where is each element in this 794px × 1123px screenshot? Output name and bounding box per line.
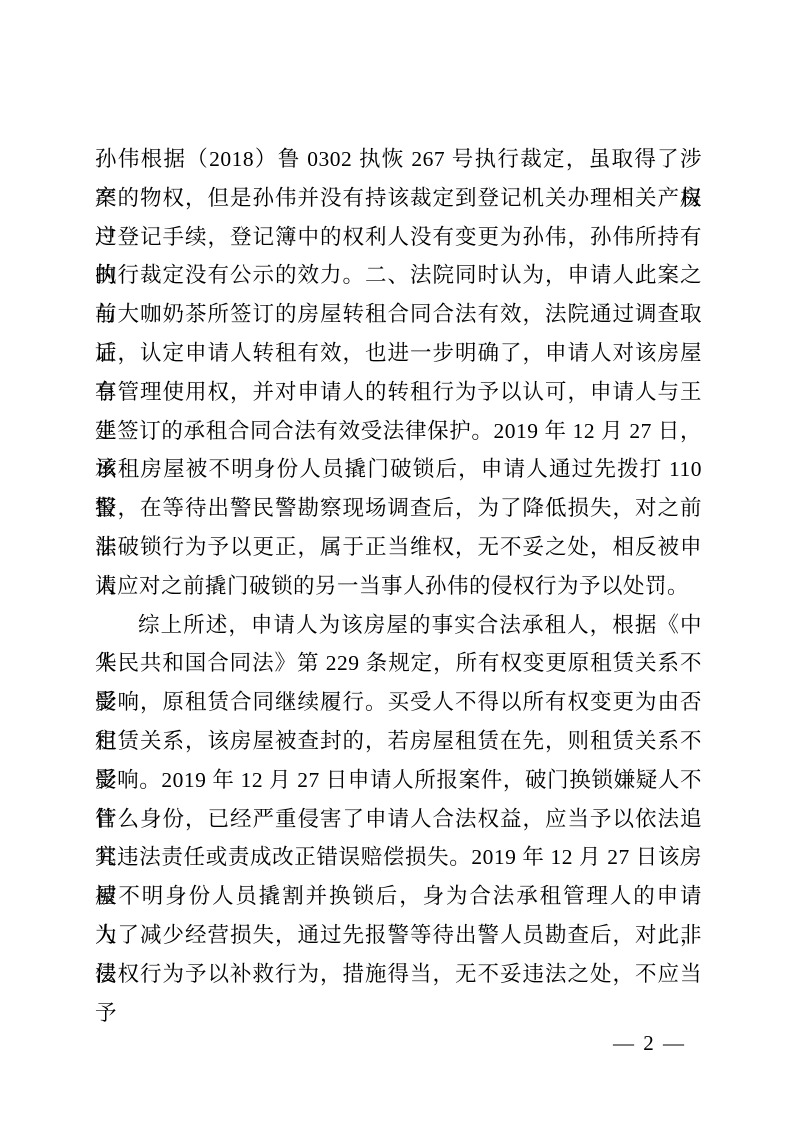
document-body: 孙伟根据（2018）鲁 0302 执恢 267 号执行裁定，虽取得了涉案房 产的… [95,140,702,994]
body-line: 影响。2019 年 12 月 27 日申请人所报案件，破门换锁嫌疑人不管 [95,761,702,800]
body-line: 为了减少经营损失，通过先报警等待出警人员勘查后，对此非法 [95,916,702,955]
document-page: 孙伟根据（2018）鲁 0302 执恢 267 号执行裁定，虽取得了涉案房 产的… [0,0,794,1123]
body-line: 被不明身份人员撬割并换锁后，身为合法承租管理人的申请人， [95,877,702,916]
body-line: 法破锁行为予以更正，属于正当维权，无不妥之处，相反被申请 [95,528,702,567]
body-line: 与大咖奶茶所签订的房屋转租合同合法有效，法院通过调查取证 [95,295,702,334]
body-line: 承租房屋被不明身份人员撬门破锁后，申请人通过先拨打 110 报 [95,450,702,489]
body-line: 警，在等待出警民警勘察现场调查后，为了降低损失，对之前非 [95,489,702,528]
body-line: 产的物权，但是孙伟并没有持该裁定到登记机关办理相关产权过 [95,179,702,218]
body-line: 租赁关系，该房屋被查封的，若房屋租赁在先，则租赁关系不受 [95,722,702,761]
paragraph-2: 综上所述，申请人为该房屋的事实合法承租人，根据《中华 人民共和国合同法》第 22… [95,606,702,994]
body-line: 人民共和国合同法》第 229 条规定，所有权变更原租赁关系不受 [95,644,702,683]
body-line: 后，认定申请人转租有效，也进一步明确了，申请人对该房屋享 [95,334,702,373]
page-number: — 2 — [95,1030,686,1056]
body-line: 执行裁定没有公示的效力。二、法院同时认为，申请人此案之前 [95,256,702,295]
body-line: 侵权行为予以补救行为，措施得当，无不妥违法之处，不应当予 [95,955,702,994]
body-line: 综上所述，申请人为该房屋的事实合法承租人，根据《中华 [95,606,702,645]
body-line: 人应对之前撬门破锁的另一当事人孙伟的侵权行为予以处罚。 [95,567,702,606]
body-line: 有管理使用权，并对申请人的转租行为予以认可，申请人与王延 [95,373,702,412]
paragraph-1: 孙伟根据（2018）鲁 0302 执恢 267 号执行裁定，虽取得了涉案房 产的… [95,140,702,606]
body-line: 影响，原租赁合同继续履行。买受人不得以所有权变更为由否定 [95,683,702,722]
body-line: 其违法责任或责成改正错误赔偿损失。2019 年 12 月 27 日该房屋 [95,838,702,877]
body-line: 生签订的承租合同合法有效受法律保护。2019 年 12 月 27 日，该 [95,412,702,451]
body-line: 孙伟根据（2018）鲁 0302 执恢 267 号执行裁定，虽取得了涉案房 [95,140,702,179]
body-line: 户登记手续，登记簿中的权利人没有变更为孙伟，孙伟所持有的 [95,218,702,257]
body-line: 什么身份，已经严重侵害了申请人合法权益，应当予以依法追究 [95,800,702,839]
